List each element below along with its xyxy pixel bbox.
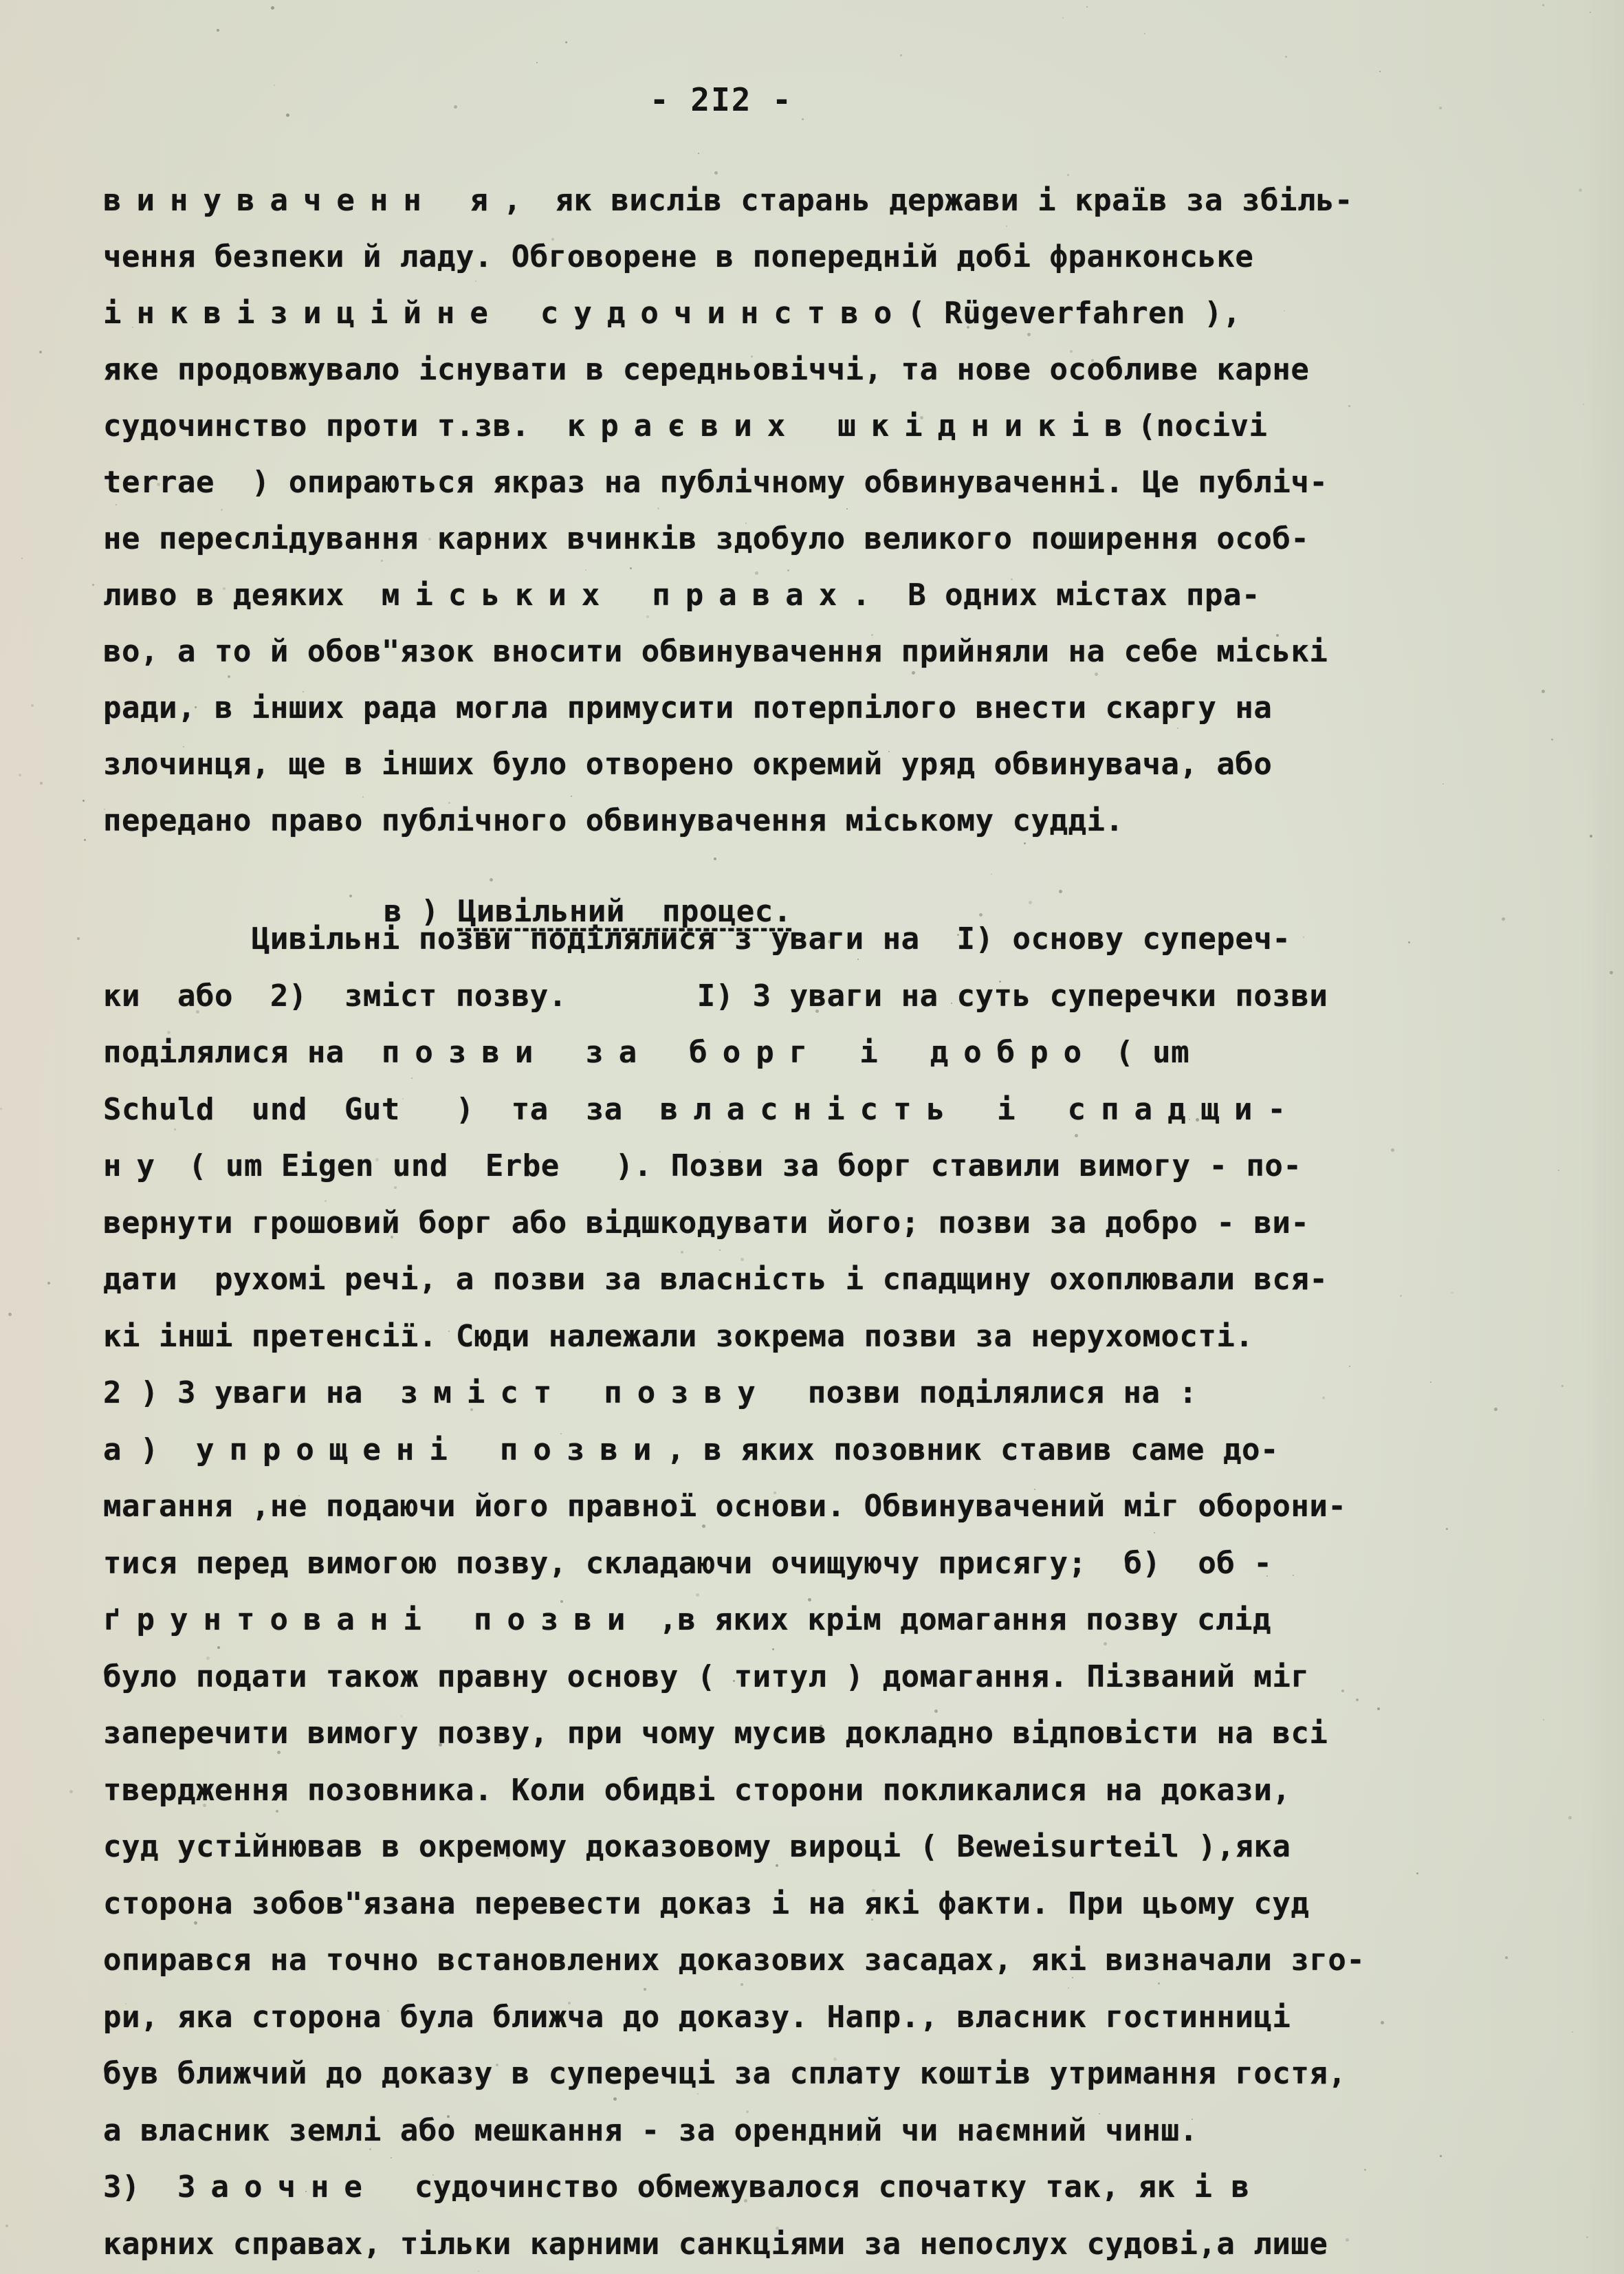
paper-speck bbox=[39, 351, 42, 353]
paper-speck bbox=[740, 1983, 743, 1986]
paper-speck bbox=[952, 1502, 954, 1505]
paper-speck bbox=[617, 206, 619, 208]
text-segment bbox=[615, 578, 652, 613]
paper-speck bbox=[104, 809, 105, 810]
text-line: 3) Заочне судочинство обмежувалося споча… bbox=[103, 2167, 1249, 2208]
paper-speck bbox=[644, 1988, 646, 1991]
paper-speck bbox=[1276, 634, 1279, 637]
spaced-emphasis-text: Заочне bbox=[177, 2169, 377, 2205]
paper-speck bbox=[448, 1331, 450, 1332]
spaced-emphasis-text: інквізиційне bbox=[103, 296, 503, 331]
paper-speck bbox=[613, 2097, 617, 2101]
paper-speck bbox=[447, 2115, 450, 2118]
text-segment bbox=[548, 1035, 585, 1070]
text-line: яке продовжувало існувати в середньовічч… bbox=[103, 349, 1309, 391]
paper-speck bbox=[507, 1857, 509, 1859]
text-line: во, а то й обов"язок вносити обвинувачен… bbox=[103, 631, 1328, 673]
paper-speck bbox=[402, 1098, 404, 1100]
paper-speck bbox=[560, 1433, 562, 1434]
text-segment: було подати також правну основу ( титул … bbox=[103, 1659, 1309, 1694]
paper-speck bbox=[719, 1151, 721, 1152]
paper-speck bbox=[1075, 1134, 1078, 1137]
paper-speck bbox=[762, 1002, 764, 1004]
paper-speck bbox=[571, 796, 572, 797]
paper-speck bbox=[1024, 842, 1026, 844]
text-segment bbox=[822, 1035, 859, 1070]
paper-speck bbox=[560, 1600, 563, 1603]
text-line: інквізиційне судочинство( Rügeverfahren … bbox=[103, 293, 1241, 334]
text-segment: дати рухомі речі, а позви за власність і… bbox=[103, 1262, 1328, 1297]
paper-speck bbox=[1177, 728, 1178, 729]
spaced-emphasis-text: і bbox=[859, 1035, 893, 1070]
text-line: винуваченн я, як вислів старань держави … bbox=[103, 180, 1353, 221]
paper-speck bbox=[83, 800, 85, 802]
text-line: дати рухомі речі, а позви за власність і… bbox=[103, 1259, 1328, 1300]
paper-speck bbox=[1586, 2236, 1588, 2238]
paper-speck bbox=[381, 560, 383, 562]
spaced-emphasis-text: позви bbox=[474, 1602, 640, 1637]
paper-speck bbox=[1348, 405, 1350, 407]
paper-speck bbox=[1068, 1987, 1069, 1989]
paper-speck bbox=[899, 1172, 903, 1175]
text-line: 2 ) З уваги на зміст позву позви поділял… bbox=[103, 1373, 1198, 1414]
paper-speck bbox=[1590, 12, 1591, 13]
text-segment bbox=[652, 1035, 689, 1070]
paper-speck bbox=[1293, 1575, 1294, 1576]
spaced-emphasis-text: міських bbox=[382, 578, 615, 613]
paper-speck bbox=[362, 796, 364, 798]
paper-speck bbox=[967, 326, 969, 329]
text-segment: terrae ) опираються якраз на публічному … bbox=[103, 465, 1328, 500]
text-segment: во, а то й обов"язок вносити обвинувачен… bbox=[103, 634, 1328, 669]
paper-speck bbox=[1029, 901, 1032, 904]
paper-speck bbox=[846, 508, 848, 510]
paper-speck bbox=[551, 238, 554, 241]
paper-speck bbox=[772, 1648, 774, 1650]
spaced-emphasis-text: і bbox=[997, 1092, 1031, 1127]
paper-speck bbox=[1346, 2238, 1349, 2242]
paper-speck bbox=[1543, 1719, 1544, 1720]
paper-speck bbox=[1006, 324, 1007, 325]
paper-speck bbox=[730, 1964, 732, 1966]
text-segment bbox=[463, 1432, 500, 1467]
text-line: передано право публічного обвинувачення … bbox=[103, 800, 1123, 842]
paper-speck bbox=[833, 2057, 837, 2061]
paper-speck bbox=[815, 1009, 819, 1013]
spaced-emphasis-text: позву bbox=[604, 1375, 770, 1410]
paper-speck bbox=[496, 2064, 498, 2066]
spaced-emphasis-text: позви bbox=[382, 1035, 548, 1070]
text-segment: сторона зобов"язана перевести доказ і на… bbox=[103, 1886, 1309, 1921]
spaced-emphasis-text: ну bbox=[103, 1148, 170, 1183]
paper-speck bbox=[697, 2093, 699, 2095]
text-segment: опирався на точно встановлених доказових… bbox=[103, 1943, 1365, 1978]
paper-speck bbox=[568, 2002, 571, 2004]
paper-speck bbox=[746, 2110, 749, 2113]
text-segment: 2 ) З уваги на bbox=[103, 1375, 400, 1410]
paper-speck bbox=[241, 380, 243, 382]
spaced-emphasis-text: за bbox=[585, 1035, 652, 1070]
text-segment: передано право публічного обвинувачення … bbox=[103, 803, 1123, 838]
spaced-emphasis-text: шкідників bbox=[837, 408, 1137, 444]
paper-speck bbox=[565, 41, 567, 43]
paper-speck bbox=[1568, 1816, 1572, 1819]
text-segment: 3) bbox=[103, 2169, 177, 2205]
text-segment bbox=[800, 408, 837, 444]
paper-speck bbox=[744, 2199, 747, 2202]
spaced-emphasis-text: ґрунтовані bbox=[103, 1602, 437, 1637]
paper-speck bbox=[776, 2227, 779, 2230]
text-line: ну ( um Eigen und Erbe ). Позви за борг … bbox=[103, 1146, 1302, 1187]
spaced-emphasis-text: позви bbox=[500, 1432, 666, 1467]
paper-speck bbox=[387, 2010, 389, 2012]
text-line: був ближчий до доказу в суперечці за спл… bbox=[103, 2053, 1346, 2095]
paper-speck bbox=[84, 839, 86, 841]
paper-speck bbox=[733, 1680, 735, 1682]
typewritten-page: - 2I2 - винуваченн я, як вислів старань … bbox=[0, 0, 1624, 2274]
paper-speck bbox=[196, 1010, 199, 1014]
paper-speck bbox=[979, 913, 983, 917]
paper-speck bbox=[1377, 1707, 1380, 1710]
text-segment: позви поділялися на : bbox=[771, 1375, 1198, 1410]
text-line: вернути грошовий борг або відшкодувати й… bbox=[103, 1203, 1309, 1244]
paper-speck bbox=[47, 1282, 50, 1284]
paper-speck bbox=[702, 1524, 705, 1528]
text-line: Цивільні позви поділялися з уваги на I) … bbox=[103, 919, 1291, 960]
spaced-emphasis-text: краєвих bbox=[567, 408, 800, 444]
text-segment bbox=[437, 1602, 474, 1637]
paper-speck bbox=[157, 483, 160, 486]
paper-speck bbox=[0, 1108, 2, 1110]
paper-speck bbox=[1099, 2113, 1100, 2114]
text-segment: заперечити вимогу позву, при чому мусив … bbox=[103, 1716, 1328, 1751]
paper-speck bbox=[1356, 1698, 1359, 1701]
spaced-emphasis-text: спадщи- bbox=[1068, 1092, 1301, 1127]
paper-speck bbox=[585, 569, 586, 571]
paper-speck bbox=[391, 1236, 393, 1238]
text-segment: вернути грошовий борг або відшкодувати й… bbox=[103, 1205, 1309, 1240]
paper-speck bbox=[808, 1598, 811, 1601]
paper-speck bbox=[1027, 333, 1031, 336]
paper-speck bbox=[536, 62, 538, 63]
text-segment: суд устійнював в окремому доказовому вир… bbox=[103, 1829, 1291, 1864]
paper-speck bbox=[271, 6, 274, 10]
page-number: - 2I2 - bbox=[650, 81, 793, 118]
paper-speck bbox=[532, 1160, 534, 1161]
paper-speck bbox=[1144, 33, 1145, 34]
paper-speck bbox=[6, 2224, 8, 2227]
text-line: суд устійнював в окремому доказовому вир… bbox=[103, 1826, 1291, 1868]
paper-speck bbox=[369, 2148, 371, 2150]
paper-speck bbox=[31, 704, 34, 707]
paper-speck bbox=[820, 1725, 822, 1727]
text-segment: карних справах, тільки карними санкціями… bbox=[103, 2227, 1328, 2262]
paper-speck bbox=[1572, 2031, 1573, 2033]
text-segment: тися перед вимогою позву, складаючи очищ… bbox=[103, 1546, 1272, 1581]
text-line: магання ,не подаючи його правної основи.… bbox=[103, 1486, 1346, 1527]
text-segment bbox=[960, 1092, 997, 1127]
paper-speck bbox=[276, 2241, 278, 2243]
paper-speck bbox=[1189, 1119, 1190, 1120]
paper-speck bbox=[19, 774, 21, 776]
text-segment: не переслідування карних вчинків здобуло… bbox=[103, 521, 1309, 556]
paper-speck bbox=[228, 675, 230, 678]
text-line: сторона зобов"язана перевести доказ і на… bbox=[103, 1883, 1309, 1925]
spaced-emphasis-text: правах bbox=[652, 578, 852, 613]
paper-speck bbox=[77, 937, 80, 940]
text-segment: магання ,не подаючи його правної основи.… bbox=[103, 1489, 1346, 1524]
text-segment bbox=[1031, 1092, 1068, 1127]
text-segment: був ближчий до доказу в суперечці за спл… bbox=[103, 2056, 1346, 2091]
spaced-emphasis-text: зміст bbox=[400, 1375, 567, 1410]
text-segment: а власник землі або мешкання - за орендн… bbox=[103, 2113, 1198, 2148]
paper-speck bbox=[1364, 2169, 1366, 2171]
paper-speck bbox=[454, 105, 457, 109]
paper-speck bbox=[132, 327, 133, 328]
paper-speck bbox=[681, 1251, 683, 1254]
paper-speck bbox=[277, 1751, 281, 1754]
paper-speck bbox=[1006, 226, 1007, 227]
text-line: а ) упрощені позви, в яких позовник став… bbox=[103, 1430, 1279, 1471]
text-segment: яке продовжувало існувати в середньовічч… bbox=[103, 352, 1309, 387]
paper-speck bbox=[1541, 690, 1545, 693]
paper-speck bbox=[1285, 56, 1287, 58]
paper-speck bbox=[8, 1313, 12, 1316]
paper-speck bbox=[1059, 890, 1062, 893]
paper-speck bbox=[490, 878, 493, 882]
text-line: тися перед вимогою позву, складаючи очищ… bbox=[103, 1543, 1272, 1584]
text-segment: поділялися на bbox=[103, 1035, 382, 1070]
paper-speck bbox=[217, 1646, 220, 1649]
text-segment: злочинця, ще в інших було отворено окрем… bbox=[103, 747, 1272, 782]
paper-speck bbox=[475, 281, 476, 282]
text-segment: чення безпеки й ладу. Обговорене в попер… bbox=[103, 239, 1253, 274]
paper-speck bbox=[470, 1408, 473, 1411]
spaced-emphasis-text: добро bbox=[930, 1035, 1097, 1070]
paper-speck bbox=[1579, 188, 1582, 192]
paper-speck bbox=[325, 1200, 327, 1202]
text-line: ливо в деяких міських правах. В одних мі… bbox=[103, 575, 1260, 616]
paper-speck bbox=[1551, 739, 1553, 741]
paper-speck bbox=[1446, 1528, 1448, 1530]
text-segment bbox=[893, 1035, 930, 1070]
paper-speck bbox=[1379, 71, 1381, 72]
paper-speck bbox=[828, 940, 831, 943]
paper-speck bbox=[1104, 1642, 1107, 1646]
paper-speck bbox=[630, 567, 632, 569]
paper-speck bbox=[751, 356, 753, 358]
paper-speck bbox=[1284, 310, 1285, 311]
paper-speck bbox=[206, 1657, 210, 1660]
paper-speck bbox=[1391, 1148, 1394, 1152]
text-line: злочинця, ще в інших було отворено окрем… bbox=[103, 744, 1272, 785]
paper-speck bbox=[448, 802, 450, 804]
paper-speck bbox=[1070, 350, 1073, 353]
paper-speck bbox=[991, 873, 992, 875]
paper-speck bbox=[286, 113, 289, 117]
paper-speck bbox=[21, 558, 23, 559]
paper-speck bbox=[394, 1186, 397, 1189]
text-segment: судочинство проти т.зв. bbox=[103, 408, 567, 444]
paper-speck bbox=[951, 1003, 952, 1004]
paper-speck bbox=[1322, 1397, 1325, 1399]
paper-speck bbox=[1542, 4, 1544, 6]
paper-speck bbox=[478, 2271, 479, 2272]
paper-speck bbox=[912, 671, 915, 675]
paper-speck bbox=[776, 943, 778, 944]
paper-speck bbox=[195, 706, 197, 708]
paper-speck bbox=[677, 1232, 678, 1233]
text-segment: ,в яких крім домагання позву слід bbox=[640, 1602, 1271, 1637]
spaced-emphasis-text: упрощені bbox=[196, 1432, 463, 1467]
paper-speck bbox=[303, 691, 304, 692]
paper-speck bbox=[69, 1790, 73, 1793]
paper-speck bbox=[114, 367, 116, 368]
paper-speck bbox=[368, 1286, 371, 1289]
text-segment: ливо в деяких bbox=[103, 578, 382, 613]
paper-speck bbox=[680, 261, 683, 264]
paper-speck bbox=[900, 54, 902, 56]
paper-speck bbox=[1062, 17, 1064, 19]
paper-speck bbox=[183, 746, 184, 747]
text-line: ґрунтовані позви ,в яких крім домагання … bbox=[103, 1599, 1271, 1641]
spaced-emphasis-text: власність bbox=[660, 1092, 960, 1127]
paper-speck bbox=[1034, 1489, 1035, 1490]
text-segment: , в яких позовник ставив саме до- bbox=[666, 1432, 1279, 1467]
text-line: заперечити вимогу позву, при чому мусив … bbox=[103, 1713, 1328, 1754]
paper-speck bbox=[871, 634, 873, 636]
spaced-emphasis-text: винуваченн я, bbox=[103, 183, 536, 218]
paper-speck bbox=[1158, 1982, 1160, 1985]
paper-speck bbox=[714, 171, 718, 175]
paper-speck bbox=[221, 509, 223, 511]
paper-speck bbox=[1494, 1408, 1497, 1411]
paper-speck bbox=[872, 1889, 875, 1892]
paper-speck bbox=[1091, 359, 1094, 362]
paper-speck bbox=[1266, 1575, 1268, 1577]
paper-speck bbox=[298, 1495, 300, 1496]
paper-speck bbox=[1086, 6, 1088, 8]
paper-speck bbox=[375, 1158, 379, 1161]
text-segment: кі інші претенсії. Сюди належали зокрема… bbox=[103, 1319, 1253, 1354]
paper-speck bbox=[1451, 1292, 1453, 1293]
paper-speck bbox=[174, 1128, 176, 1130]
text-line: ради, в інших рада могла примусити потер… bbox=[103, 688, 1272, 729]
text-segment: ради, в інших рада могла примусити потер… bbox=[103, 690, 1272, 725]
paper-speck bbox=[1502, 917, 1505, 921]
paper-speck bbox=[391, 2157, 392, 2158]
paper-speck bbox=[719, 1249, 721, 1251]
paper-speck bbox=[92, 584, 94, 586]
spaced-emphasis-text: судочинство bbox=[540, 296, 907, 331]
text-line: поділялися на позви за борг і добро ( um bbox=[103, 1032, 1189, 1073]
paper-speck bbox=[411, 1078, 413, 1079]
paper-speck bbox=[802, 118, 804, 120]
paper-speck bbox=[1154, 1532, 1155, 1533]
paper-speck bbox=[1400, 1295, 1402, 1297]
paper-speck bbox=[1430, 1381, 1431, 1383]
text-segment: судочинство обмежувалося спочатку так, я… bbox=[377, 2169, 1250, 2205]
paper-speck bbox=[885, 2251, 888, 2253]
paper-speck bbox=[1416, 1872, 1418, 1874]
paper-speck bbox=[1303, 937, 1304, 938]
text-line: судочинство проти т.зв. краєвих шкідникі… bbox=[103, 406, 1268, 447]
paper-speck bbox=[305, 2191, 307, 2192]
text-segment: ( um bbox=[1097, 1035, 1189, 1070]
paper-speck bbox=[888, 751, 890, 752]
text-line: кі інші претенсії. Сюди належали зокрема… bbox=[103, 1316, 1253, 1357]
text-line: не переслідування карних вчинків здобуло… bbox=[103, 518, 1309, 560]
text-segment bbox=[503, 296, 540, 331]
paper-speck bbox=[999, 981, 1001, 983]
paper-speck bbox=[765, 1218, 768, 1221]
paper-speck bbox=[696, 1593, 699, 1597]
paper-speck bbox=[40, 782, 43, 785]
paper-speck bbox=[712, 1906, 714, 1908]
paper-speck bbox=[957, 934, 959, 936]
paper-speck bbox=[857, 959, 859, 960]
paper-speck bbox=[223, 587, 226, 590]
text-line: Schuld und Gut ) та за власність і спадщ… bbox=[103, 1089, 1301, 1130]
paper-speck bbox=[920, 416, 923, 419]
paper-speck bbox=[776, 1864, 778, 1867]
paper-speck bbox=[1192, 2119, 1193, 2120]
paper-speck bbox=[903, 1289, 905, 1291]
paper-speck bbox=[793, 932, 795, 934]
paper-speck bbox=[274, 85, 275, 86]
paper-speck bbox=[646, 645, 647, 646]
paper-speck bbox=[1440, 2155, 1442, 2157]
text-segment bbox=[567, 1375, 604, 1410]
paper-speck bbox=[714, 857, 716, 860]
text-line: ри, яка сторона була ближча до доказу. Н… bbox=[103, 1997, 1291, 2038]
text-segment: як вислів старань держави і країв за збі… bbox=[536, 183, 1353, 218]
text-segment: твердження позовника. Коли обидві сторон… bbox=[103, 1773, 1291, 1808]
paper-speck bbox=[276, 1810, 278, 1813]
paper-speck bbox=[1143, 1219, 1145, 1221]
paper-speck bbox=[1013, 196, 1015, 198]
paper-speck bbox=[1442, 783, 1444, 785]
paper-speck bbox=[349, 895, 352, 897]
paper-speck bbox=[1561, 1385, 1563, 1387]
paper-speck bbox=[1067, 174, 1069, 176]
paper-speck bbox=[1072, 1977, 1073, 1978]
paper-speck bbox=[432, 2174, 434, 2176]
paper-speck bbox=[1095, 673, 1098, 676]
paper-speck bbox=[1505, 1956, 1508, 1959]
text-segment: ( Rügeverfahren ), bbox=[907, 296, 1241, 331]
paper-speck bbox=[1253, 1674, 1256, 1677]
paper-speck bbox=[773, 1491, 776, 1494]
text-segment: ( um Eigen und Erbe ). Позви за борг ста… bbox=[170, 1148, 1302, 1183]
paper-speck bbox=[1196, 1118, 1199, 1122]
paper-speck bbox=[1044, 2135, 1046, 2136]
text-line: чення безпеки й ладу. Обговорене в попер… bbox=[103, 237, 1253, 278]
paper-speck bbox=[1164, 1453, 1166, 1455]
paper-speck bbox=[1011, 578, 1013, 580]
paper-speck bbox=[871, 1918, 873, 1921]
paper-speck bbox=[1558, 1170, 1559, 1171]
paper-speck bbox=[657, 507, 659, 510]
paper-speck bbox=[796, 1275, 798, 1276]
paper-speck bbox=[934, 1709, 938, 1713]
paper-speck bbox=[116, 504, 117, 505]
paper-speck bbox=[787, 569, 789, 571]
text-line: ки або 2) зміст позву. I) З уваги на сут… bbox=[103, 976, 1328, 1017]
spaced-emphasis-text: борг bbox=[689, 1035, 822, 1070]
paper-speck bbox=[194, 1921, 197, 1925]
paper-speck bbox=[1610, 971, 1613, 974]
